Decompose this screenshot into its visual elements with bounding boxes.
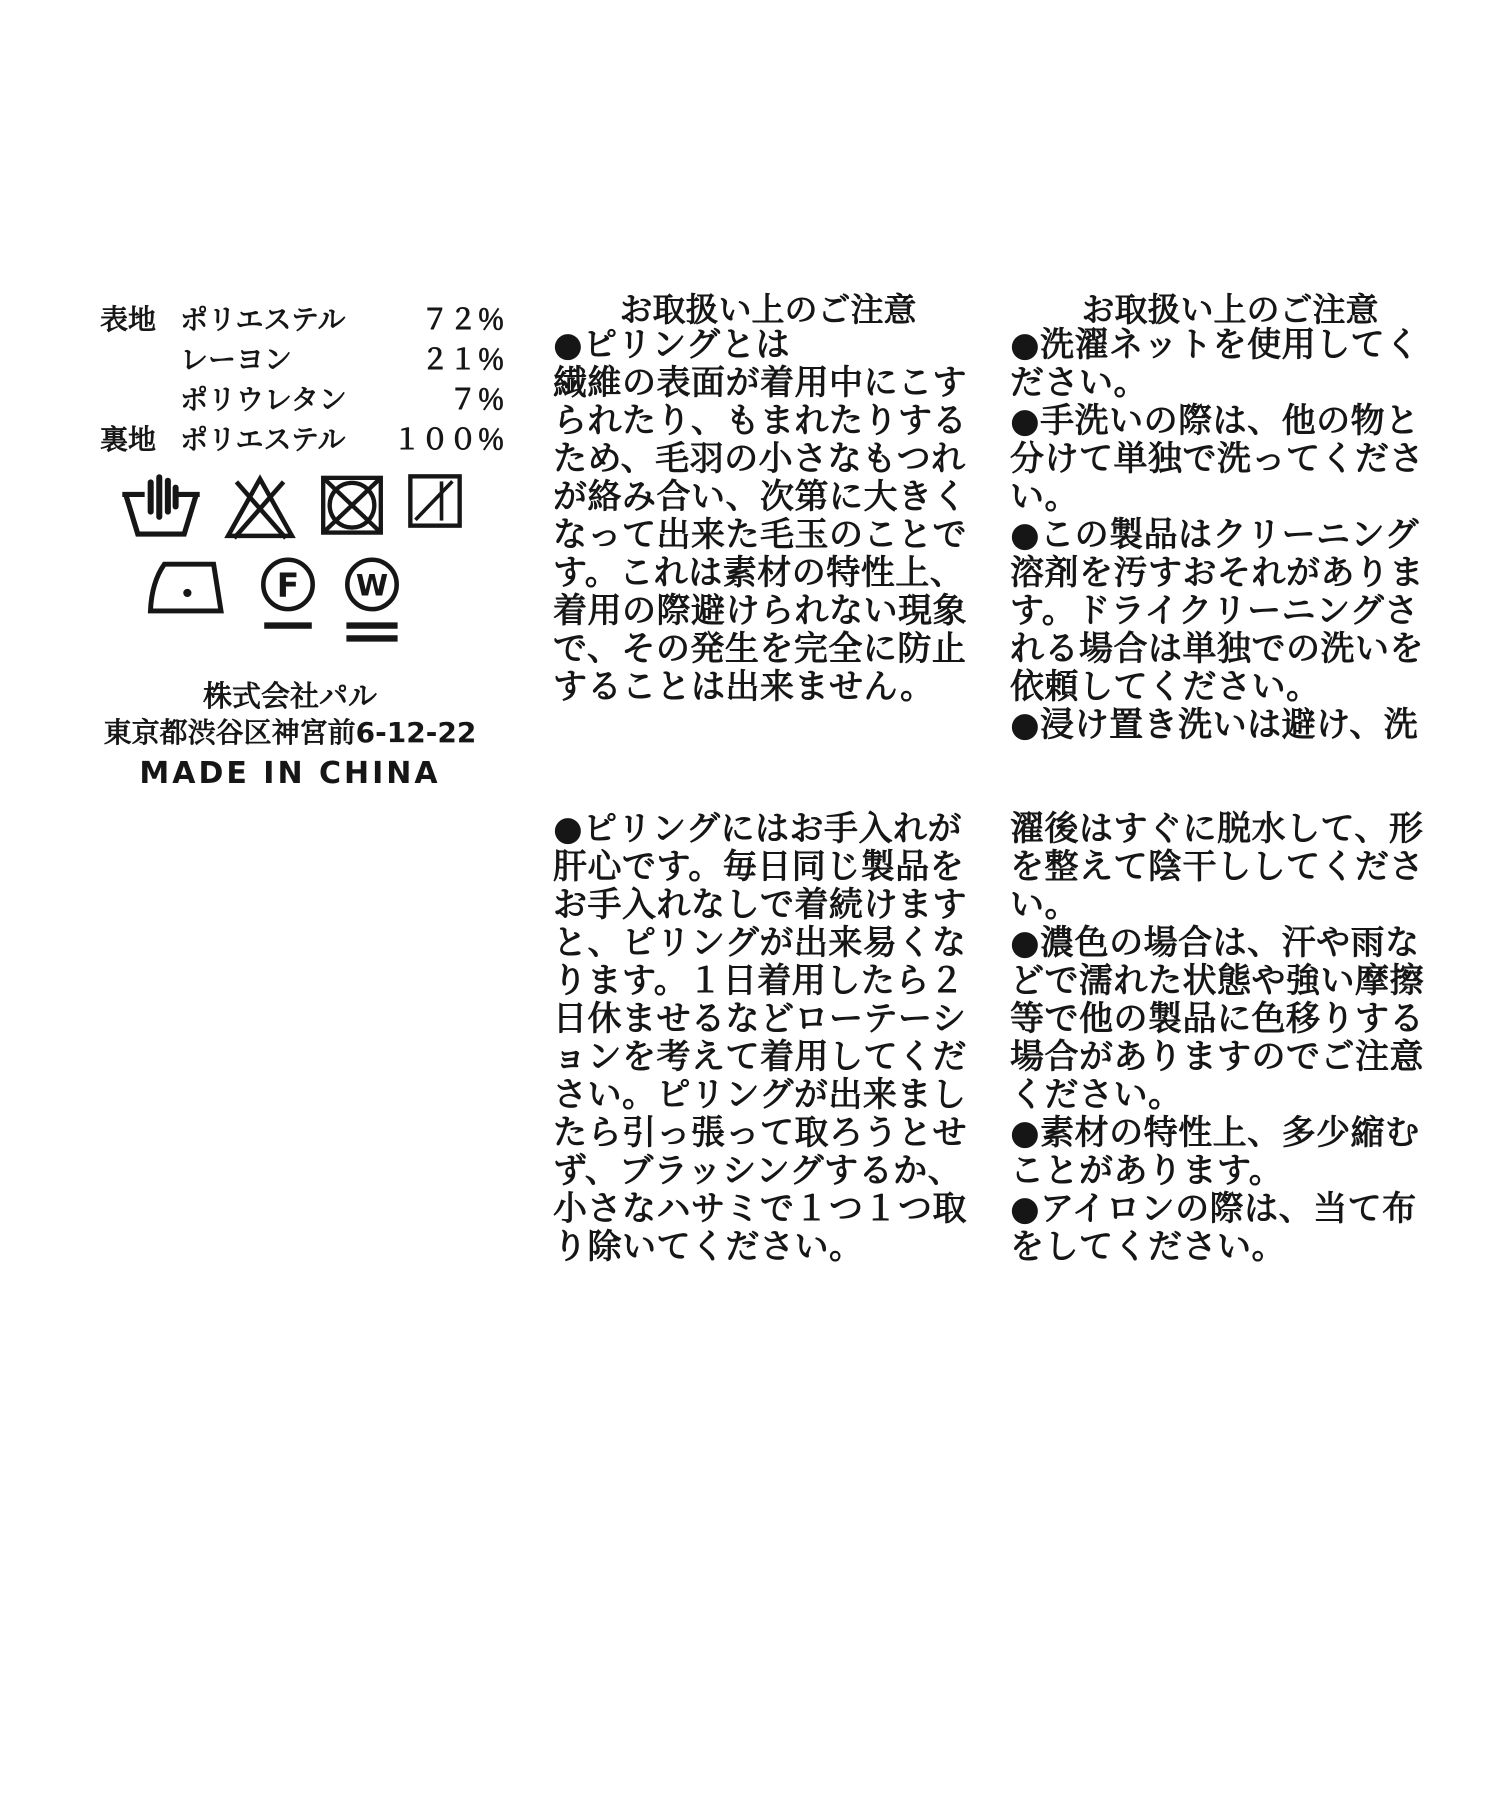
composition-row: 裏地 ポリエステル １００％	[100, 420, 510, 460]
care-label-sheet: 表地 ポリエステル ７２％ レーヨン ２１％ ポリウレタン ７％ 裏地 ポリエス…	[0, 0, 1500, 1800]
composition-part-label	[100, 380, 180, 420]
composition-part-label: 表地	[100, 300, 180, 340]
composition-row: 表地 ポリエステル ７２％	[100, 300, 510, 340]
svg-text:W: W	[356, 568, 388, 602]
do-not-tumble-dry-icon	[316, 472, 388, 537]
composition-percent: ７２％	[390, 300, 505, 340]
notice-right-title: お取扱い上のご注意	[1010, 284, 1450, 331]
fabric-composition-table: 表地 ポリエステル ７２％ レーヨン ２１％ ポリウレタン ７％ 裏地 ポリエス…	[100, 300, 510, 460]
composition-part-label	[100, 340, 180, 380]
country-of-origin: MADE IN CHINA	[90, 756, 490, 791]
care-symbols-row-1	[118, 472, 464, 542]
composition-part-label: 裏地	[100, 420, 180, 460]
dry-clean-F-gentle-icon: F	[256, 556, 320, 633]
hand-wash-icon	[118, 472, 204, 541]
composition-percent: ２１％	[390, 340, 505, 380]
svg-text:F: F	[277, 565, 299, 604]
composition-material: レーヨン	[180, 340, 390, 380]
composition-material: ポリエステル	[180, 420, 390, 460]
composition-material: ポリウレタン	[180, 380, 390, 420]
composition-row: レーヨン ２１％	[100, 340, 510, 380]
hang-dry-in-shade-icon	[406, 472, 464, 530]
maker-address: 東京都渋谷区神宮前6-12-22	[75, 711, 505, 751]
notice-middle-title: お取扱い上のご注意	[553, 284, 983, 331]
do-not-bleach-icon	[222, 472, 298, 542]
notice-right-block-2: 濯後はすぐに脱水して、形 を整えて陰干ししてくださ い。 ●濃色の場合は、汗や雨…	[1010, 810, 1465, 1266]
notice-right-block-1: ●洗濯ネットを使用してく ださい。 ●手洗いの際は、他の物と 分けて単独で洗って…	[1010, 326, 1465, 744]
composition-material: ポリエステル	[180, 300, 390, 340]
composition-percent: １００％	[390, 420, 505, 460]
composition-percent: ７％	[390, 380, 505, 420]
notice-middle-paragraph-1: ●ピリングとは 繊維の表面が着用中にこす られたり、もまれたりする ため、毛羽の…	[553, 326, 998, 706]
notice-middle-paragraph-2: ●ピリングにはお手入れが 肝心です。毎日同じ製品を お手入れなしで着続けます と…	[553, 810, 998, 1266]
maker-company: 株式会社パル	[90, 674, 490, 715]
wet-clean-W-very-gentle-icon: W	[340, 556, 404, 644]
composition-row: ポリウレタン ７％	[100, 380, 510, 420]
care-symbols-row-2: F W	[142, 556, 404, 644]
iron-low-heat-icon	[142, 556, 236, 620]
